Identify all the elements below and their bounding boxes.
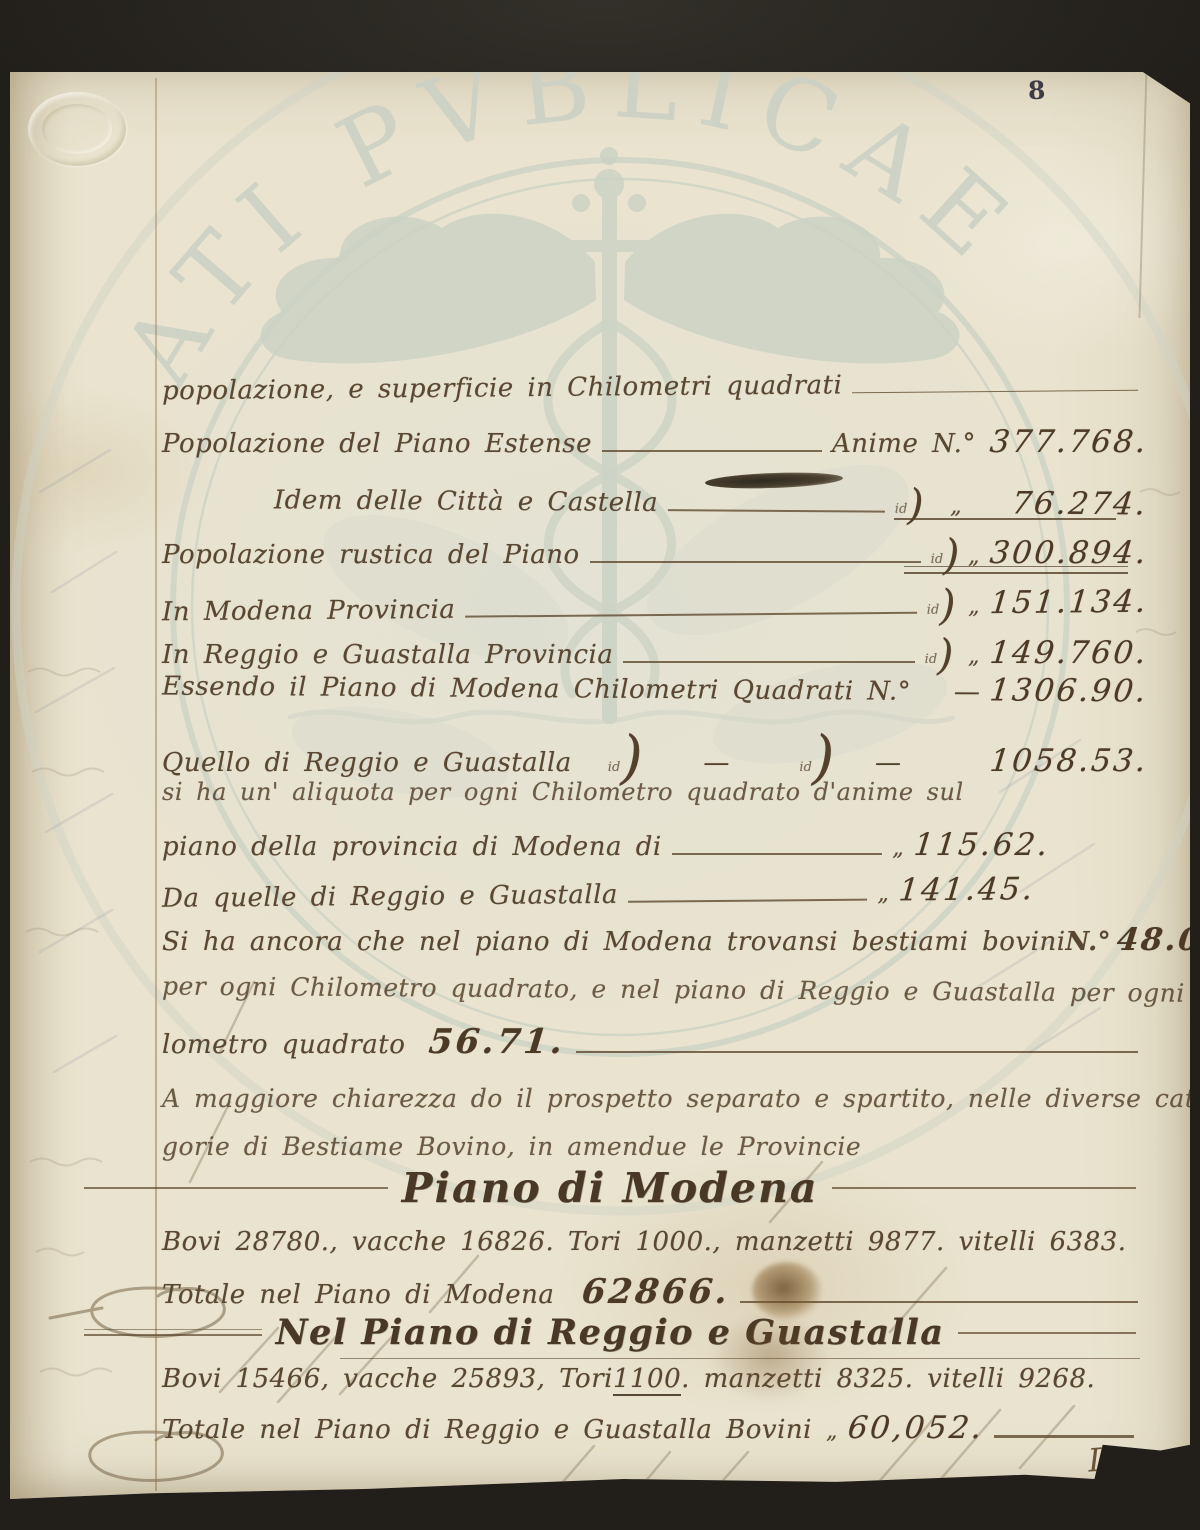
heading-reggio-guastalla: Nel Piano di Reggio e Guastalla — [70, 1312, 1150, 1353]
text: Bovi 15466, vacche 25893, Tori — [162, 1364, 613, 1394]
heading-rule-left — [84, 1329, 262, 1336]
filler-rule — [590, 543, 921, 563]
value: 377.768. — [988, 424, 1150, 460]
value: 76.274. — [1010, 486, 1150, 523]
ditto-mark: id — [799, 760, 811, 775]
label: piano della provincia di Modena di — [162, 832, 662, 862]
value: 1058.53. — [988, 743, 1150, 779]
left-margin-rule — [155, 78, 157, 1491]
label: Totale nel Piano di Modena — [162, 1280, 554, 1310]
heading-rule-right — [958, 1332, 1136, 1334]
ditto-mark: id — [927, 603, 940, 618]
embossed-stamp — [28, 92, 126, 166]
label: Da quelle di Reggio e Guastalla — [162, 880, 618, 914]
line-essendo-piano-modena: Essendo il Piano di Modena Chilometri Qu… — [162, 667, 1148, 710]
filler-rule — [465, 594, 917, 618]
filler-rule — [668, 491, 885, 512]
ditto-quote: „ — [826, 1419, 838, 1444]
brace-mark: ) — [939, 580, 956, 629]
filler-rule — [628, 881, 867, 903]
line-da-quelle-reggio: Da quelle di Reggio e Guastalla „ 141.45… — [162, 871, 1035, 915]
line-gorie-bestiame: gorie di Bestiame Bovino, in amendue le … — [162, 1132, 1148, 1161]
ditto-mark: id — [931, 552, 943, 567]
label: Totale nel Piano di Reggio e Guastalla B… — [162, 1415, 812, 1445]
text: gorie di Bestiame Bovino, in amendue le … — [162, 1132, 861, 1161]
watermark-legend-text: ATI PVBLICAE — [101, 72, 1042, 404]
line-per-ogni-chilometro: per ogni Chilometro quadrato, e nel pian… — [162, 972, 1148, 1008]
filler-rule — [994, 1417, 1134, 1438]
heading-rule-left — [84, 1187, 388, 1189]
heading-text: Nel Piano di Reggio e Guastalla — [276, 1312, 945, 1353]
line-maggiore-chiarezza: A maggiore chiarezza do il prospetto sep… — [162, 1084, 1148, 1113]
ditto-mark: id — [608, 760, 620, 775]
ditto-mark: id — [925, 652, 937, 667]
corrected-number: 1100 — [613, 1364, 681, 1396]
label: Quello di Reggio e Guastalla — [162, 748, 572, 778]
text: si ha un' aliquota per ogni Chilometro q… — [162, 778, 964, 806]
line-reggio-guastalla-provincia: In Reggio e Guastalla Provincia id ) „ 1… — [162, 624, 1148, 673]
ditto-quote: „ — [968, 594, 980, 619]
brace-mark: ) — [907, 480, 924, 529]
ditto-quote: „ — [892, 836, 904, 861]
filler-rule — [852, 372, 1138, 393]
line-bovi-modena: Bovi 28780., vacche 16826. Tori 1000., m… — [162, 1227, 1148, 1257]
value: 1306.90. — [988, 672, 1150, 709]
unit-anime: Anime N.° — [832, 429, 976, 459]
value: 62866. — [580, 1272, 732, 1312]
value: 151.134. — [988, 584, 1150, 621]
label: Popolazione rustica del Piano — [162, 540, 580, 570]
ditto-mark: id — [895, 502, 908, 517]
label: Popolazione del Piano Estense — [162, 429, 592, 459]
sum-underline — [894, 518, 1116, 520]
line-totale-modena: Totale nel Piano di Modena 62866. — [162, 1272, 1148, 1312]
value: 149.760. — [988, 635, 1150, 671]
label: In Modena Provincia — [162, 595, 456, 628]
filler-rule — [672, 835, 883, 855]
sheet-edge-crease — [1139, 68, 1148, 318]
ink-stain-halo — [710, 1312, 830, 1402]
dash-mark: — — [875, 748, 901, 778]
text: A maggiore chiarezza do il prospetto sep… — [162, 1084, 1200, 1113]
line-citta-castella: Idem delle Città e Castella id ) „ 76.27… — [162, 469, 1148, 525]
line-totale-reggio: Totale nel Piano di Reggio e Guastalla B… — [162, 1410, 1148, 1446]
label: Idem delle Città e Castella — [274, 485, 658, 518]
line-superficie-text: popolazione, e superficie in Chilometri … — [162, 370, 843, 406]
text: Bovi 28780., vacche 16826. Tori 1000., m… — [162, 1227, 1127, 1257]
text: per ogni Chilometro quadrato, e nel pian… — [162, 972, 1200, 1009]
ditto-quote: „ — [950, 494, 962, 519]
label: lometro quadrato — [162, 1030, 405, 1060]
label: Essendo il Piano di Modena Chilometri Qu… — [162, 672, 911, 707]
line-piano-provincia-modena: piano della provincia di Modena di „ 115… — [162, 827, 1050, 863]
value: 115.62. — [912, 827, 1052, 863]
dash-mark: — — [703, 748, 729, 778]
filler-rule — [623, 643, 914, 663]
line-popolazione-estense: Popolazione del Piano Estense Anime N.° … — [162, 424, 1148, 460]
ditto-quote: „ — [968, 644, 980, 669]
manuscript-page: ATI PVBLICAE — [10, 72, 1190, 1499]
filler-rule — [602, 432, 822, 452]
line-aliquota: si ha un' aliquota per ogni Chilometro q… — [162, 778, 1148, 806]
text: Si ha ancora che nel piano di Modena tro… — [162, 927, 1066, 957]
value: 56.71. — [427, 1022, 568, 1062]
page-number: 8 — [1027, 76, 1045, 106]
filler-rule — [576, 1033, 1138, 1053]
line-superficie: popolazione, e superficie in Chilometri … — [162, 368, 1148, 407]
line-bestiami-bovini: Si ha ancora che nel piano di Modena tro… — [162, 922, 1148, 958]
line-bovi-reggio: Bovi 15466, vacche 25893, Tori 1100 . ma… — [162, 1364, 1148, 1396]
heading-text: Piano di Modena — [402, 1164, 819, 1212]
value: 48.01 — [1115, 922, 1200, 958]
ditto-quote: „ — [877, 881, 889, 906]
value: 141.45. — [897, 871, 1036, 908]
value: 60,052. — [846, 1410, 986, 1446]
heading-piano-di-modena: Piano di Modena — [70, 1164, 1150, 1212]
unit: N.° — [1066, 927, 1112, 957]
line-quello-reggio-guastalla: Quello di Reggio e Guastalla id ) — id )… — [162, 717, 1148, 785]
line-lometro-quadrato: lometro quadrato 56.71. — [162, 1022, 1148, 1062]
label: In Reggio e Guastalla Provincia — [162, 640, 613, 670]
dash-mark: — — [954, 677, 980, 707]
line-modena-provincia: In Modena Provincia id ) „ 151.134. — [162, 573, 1148, 631]
heading-rule-right — [832, 1187, 1136, 1189]
